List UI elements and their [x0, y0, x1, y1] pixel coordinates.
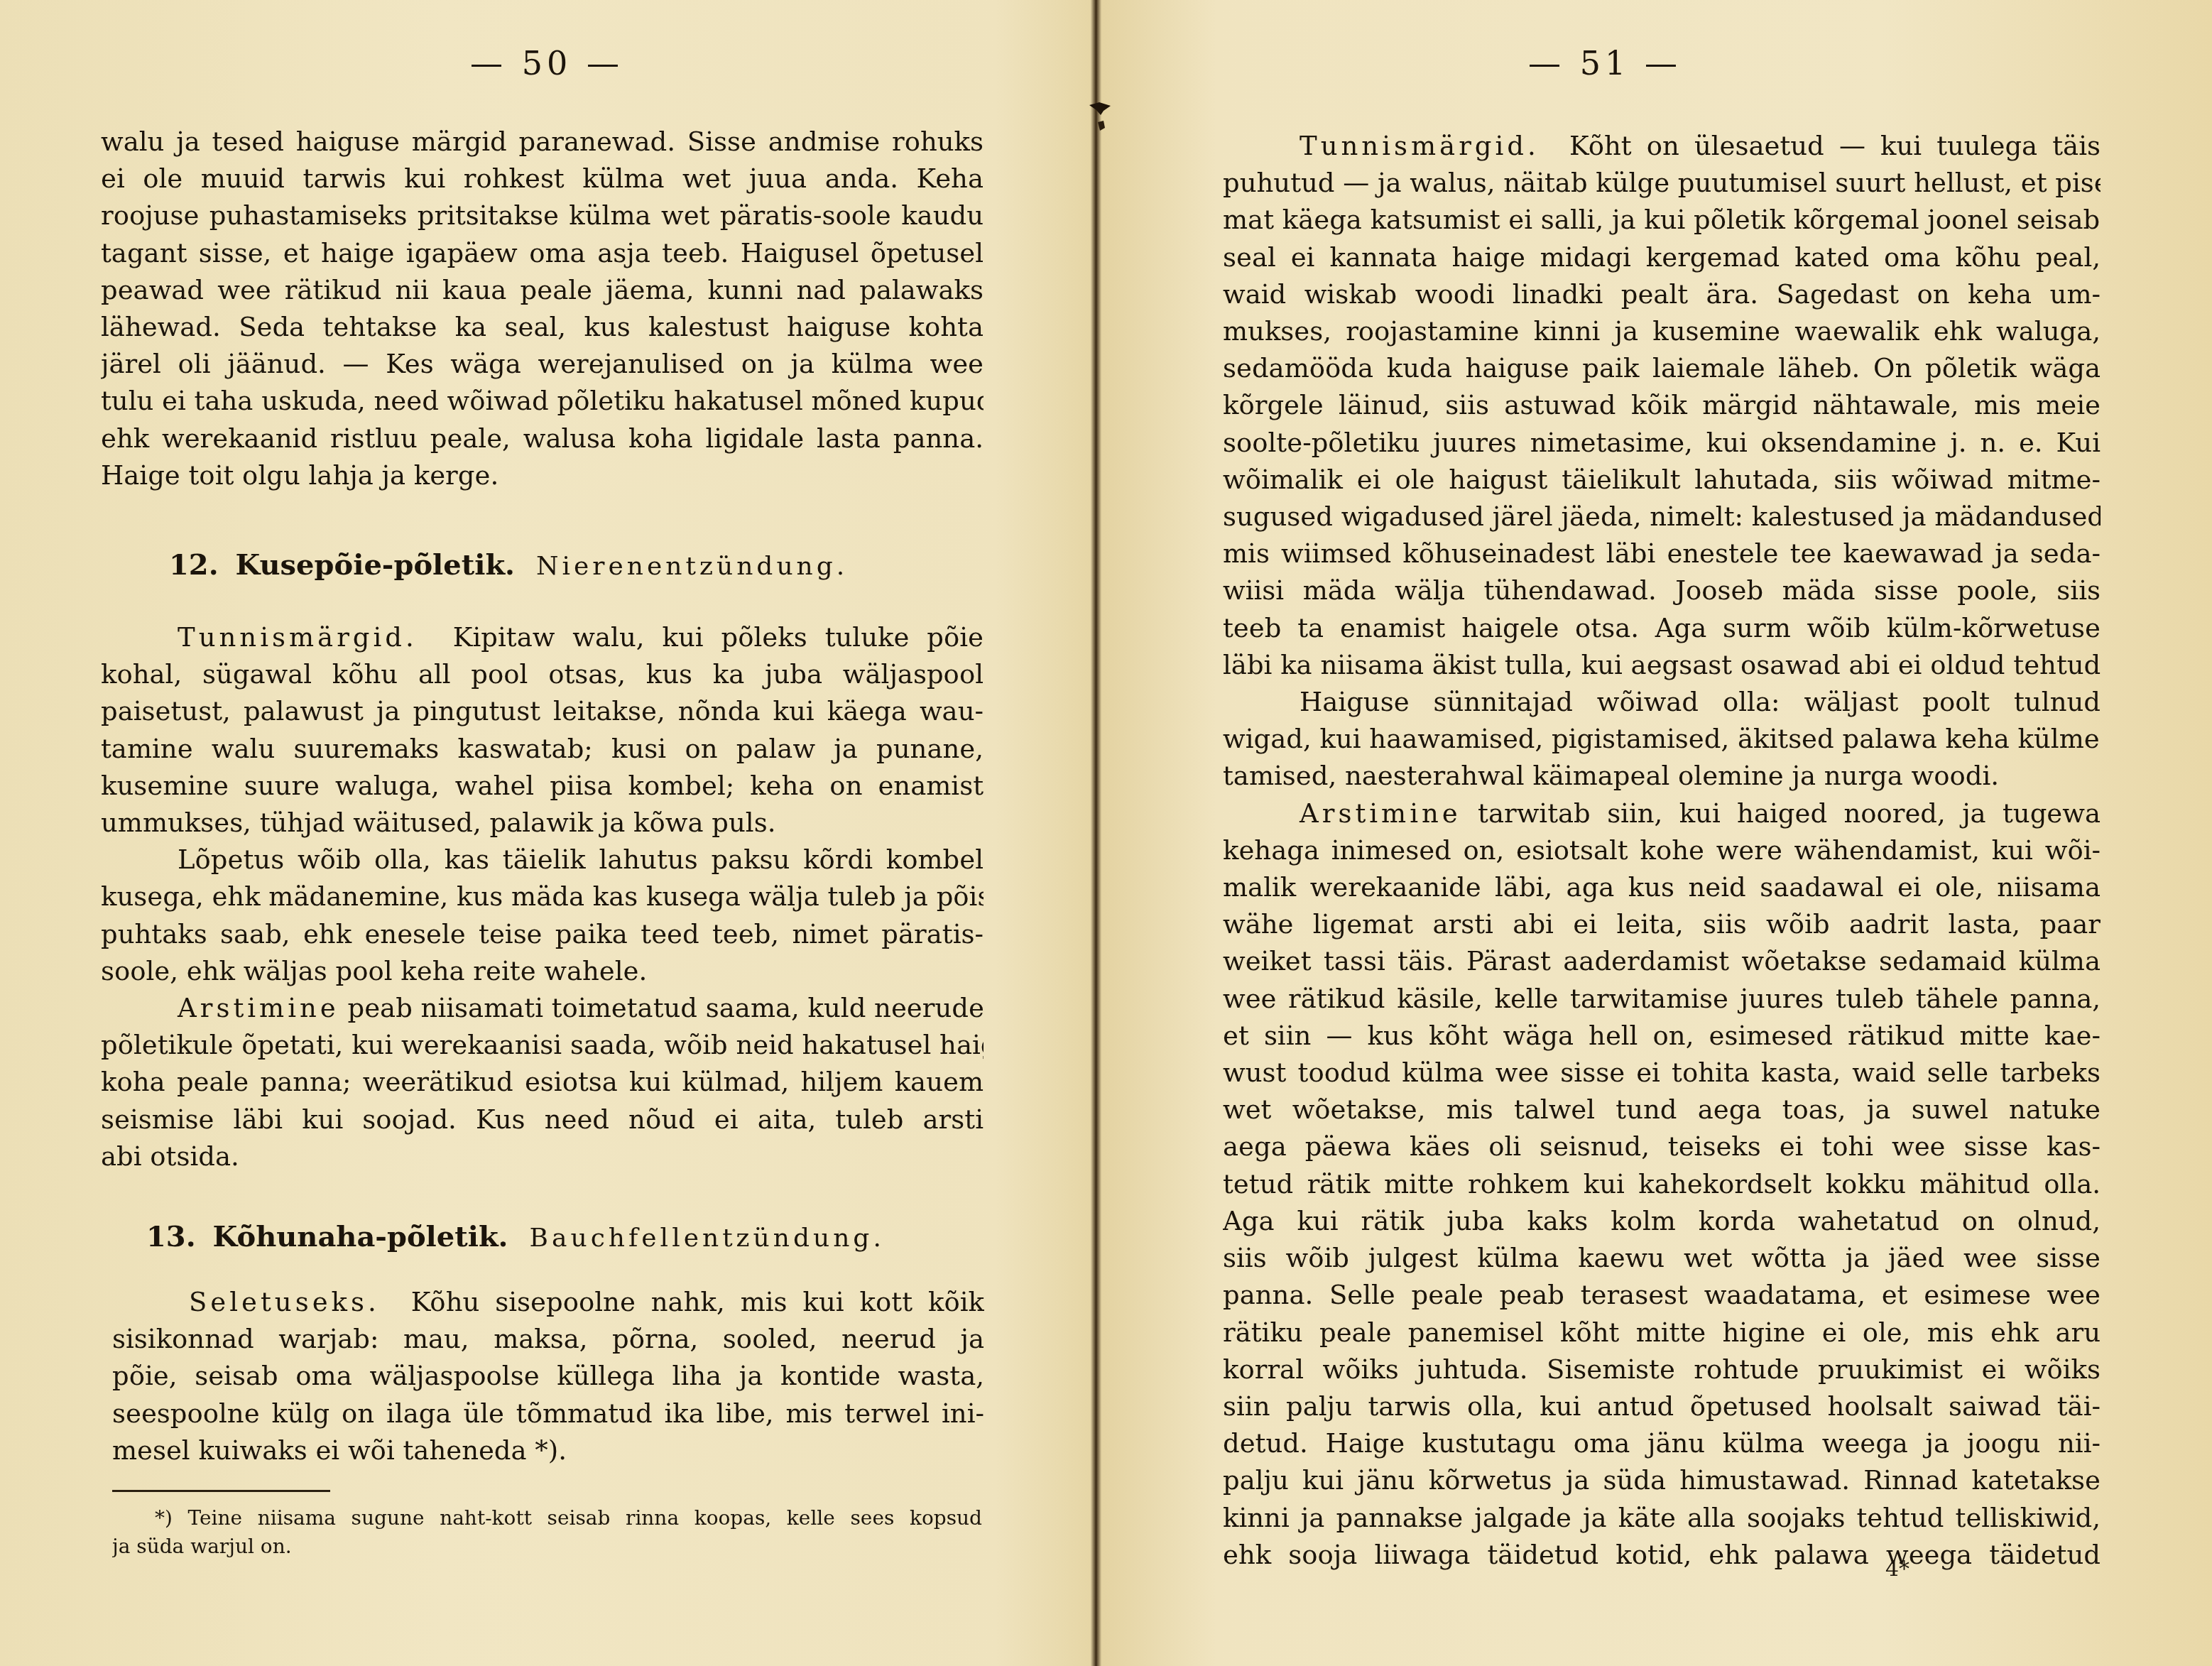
- footnote-divider: [112, 1490, 330, 1492]
- book-spread: — 50 — walu ja tesed haiguse märgid para…: [0, 0, 2212, 1666]
- footnote: *) Teine niisama sugune naht-kott seisab…: [112, 1504, 982, 1561]
- right-page: — 51 — Tunnismärgid. Kõht on ülesaetud —…: [1101, 0, 2212, 1666]
- intro-paragraph: walu ja tesed haiguse märgid paranewad. …: [101, 124, 984, 494]
- section-heading-13: 13.Kõhunaha-põletik.Bauchfellentzündung.: [146, 1220, 885, 1253]
- section-heading-12: 12.Kusepõie-põletik.Nierenentzündung.: [169, 548, 848, 582]
- section-12-body: Tunnismärgid. Kipitaw walu, kui põleks t…: [101, 619, 984, 1175]
- left-page: — 50 — walu ja tesed haiguse märgid para…: [0, 0, 1097, 1666]
- page-number: — 50 —: [440, 44, 653, 82]
- page-number: — 51 —: [1498, 44, 1711, 82]
- section-13-body: Seletuseks. Kõhu sisepoolne nahk, mis ku…: [112, 1284, 984, 1469]
- signature-mark: 4*: [1885, 1557, 1909, 1581]
- right-page-body: Tunnismärgid. Kõht on ülesaetud — kui tu…: [1223, 128, 2101, 1574]
